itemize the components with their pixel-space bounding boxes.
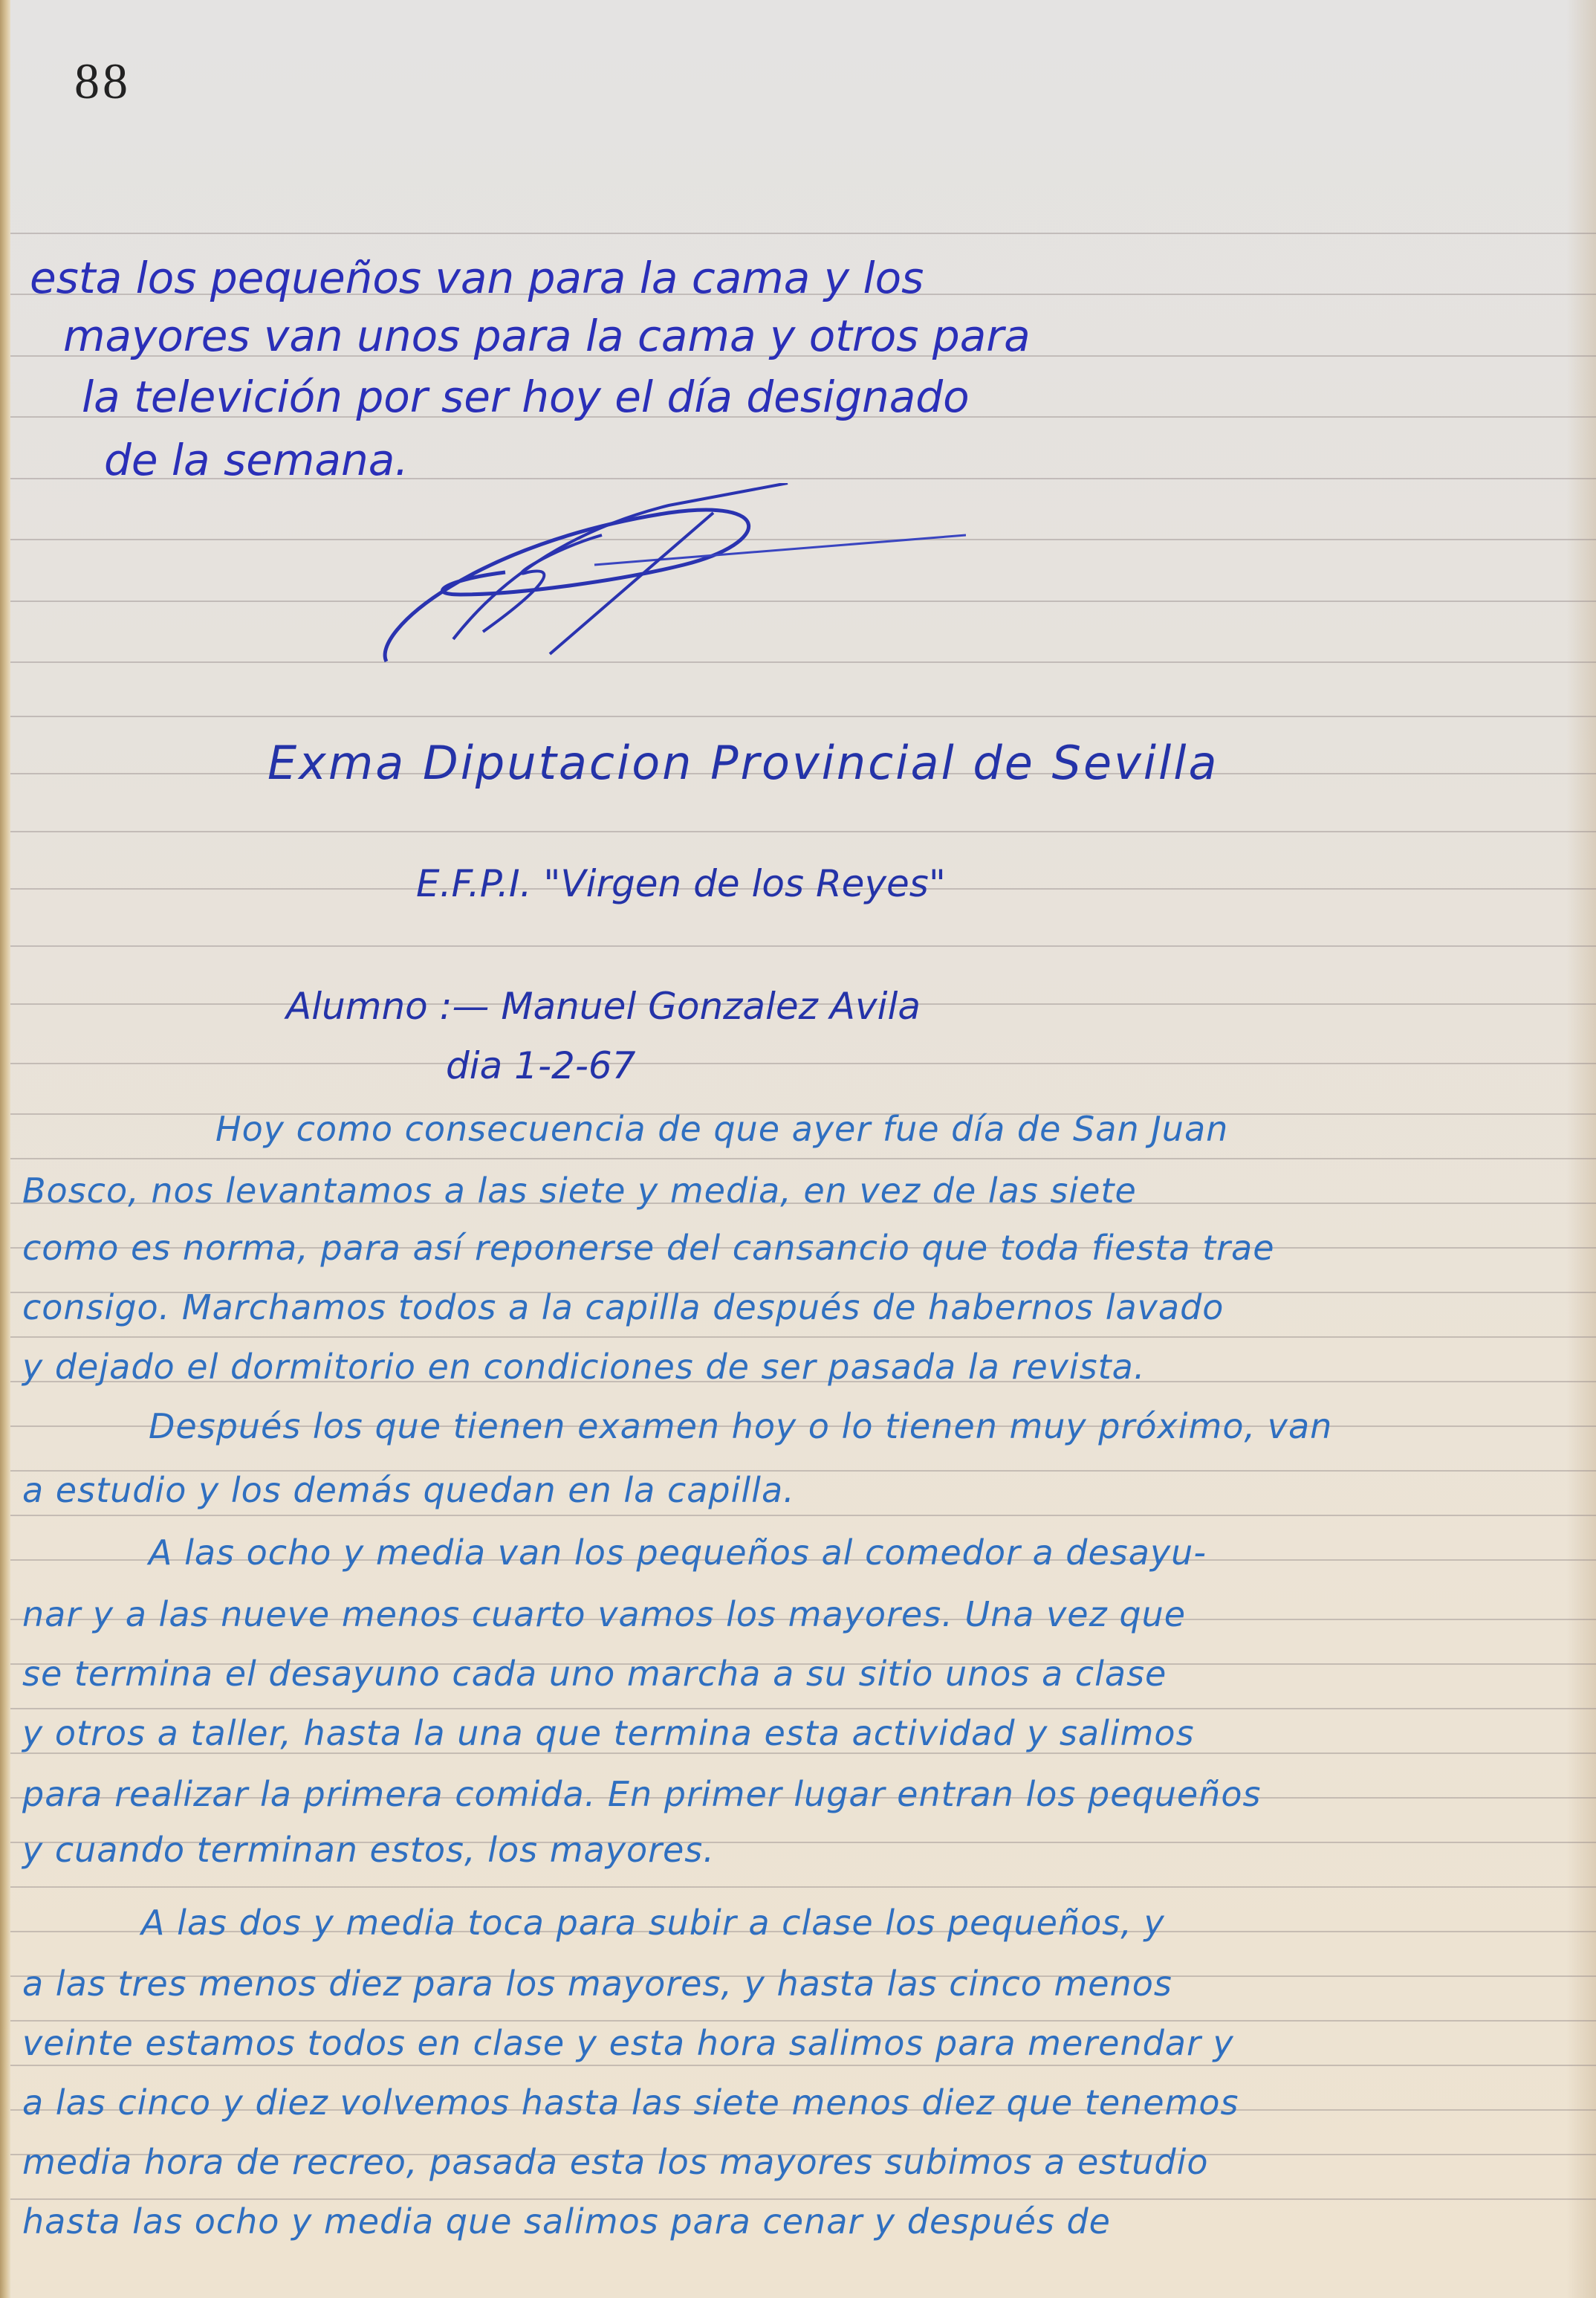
diary-line: a las tres menos diez para los mayores, … xyxy=(22,1964,1172,2004)
previous-entry-line: la televición por ser hoy el día designa… xyxy=(82,372,970,422)
ruled-line xyxy=(10,1063,1596,1064)
diary-line: hasta las ocho y media que salimos para … xyxy=(22,2201,1111,2242)
student-name: Alumno :— Manuel Gonzalez Avila xyxy=(286,985,921,1028)
ruled-line xyxy=(10,2198,1596,2200)
diary-line: A las ocho y media van los pequeños al c… xyxy=(149,1532,1207,1573)
diary-line: Hoy como consecuencia de que ayer fue dí… xyxy=(215,1109,1228,1149)
notebook-page: 88 esta los pequeños van para la cama y … xyxy=(0,0,1596,2298)
ruled-line xyxy=(10,1708,1596,1709)
diary-line: y otros a taller, hasta la una que termi… xyxy=(22,1713,1195,1753)
diary-line: Después los que tienen examen hoy o lo t… xyxy=(149,1406,1332,1446)
diary-line: veinte estamos todos en clase y esta hor… xyxy=(22,2023,1234,2063)
ruled-line xyxy=(10,1336,1596,1338)
ruled-line xyxy=(10,945,1596,947)
binding-edge xyxy=(0,0,10,2298)
previous-entry-line: mayores van unos para la cama y otros pa… xyxy=(63,311,1031,361)
ruled-line xyxy=(10,1515,1596,1516)
diary-line: como es norma, para así reponerse del ca… xyxy=(22,1228,1275,1268)
diary-line: consigo. Marchamos todos a la capilla de… xyxy=(22,1287,1224,1327)
diary-line: y dejado el dormitorio en condiciones de… xyxy=(22,1347,1145,1387)
diary-line: A las dos y media toca para subir a clas… xyxy=(141,1903,1165,1943)
page-number: 88 xyxy=(74,52,131,111)
ruled-line xyxy=(10,1886,1596,1888)
previous-entry-line: de la semana. xyxy=(104,435,409,485)
ruled-line xyxy=(10,831,1596,832)
ruled-line xyxy=(10,716,1596,717)
ruled-line xyxy=(10,2020,1596,2022)
ruled-line xyxy=(10,2065,1596,2066)
diary-line: y cuando terminan estos, los mayores. xyxy=(22,1830,715,1870)
signature-icon xyxy=(357,483,966,676)
institution-heading: Exma Diputacion Provincial de Sevilla xyxy=(267,736,1219,790)
diary-line: a estudio y los demás quedan en la capil… xyxy=(22,1470,795,1510)
ruled-line xyxy=(10,1158,1596,1159)
entry-date: dia 1-2-67 xyxy=(446,1044,636,1087)
previous-entry-line: esta los pequeños van para la cama y los xyxy=(30,253,924,303)
page-edge-shadow xyxy=(1566,0,1596,2298)
diary-line: se termina el desayuno cada uno marcha a… xyxy=(22,1654,1167,1694)
diary-line: Bosco, nos levantamos a las siete y medi… xyxy=(22,1171,1137,1211)
diary-line: para realizar la primera comida. En prim… xyxy=(22,1774,1261,1814)
school-heading: E.F.P.I. "Virgen de los Reyes" xyxy=(416,862,946,905)
ruled-line xyxy=(10,233,1596,234)
diary-line: nar y a las nueve menos cuarto vamos los… xyxy=(22,1594,1186,1634)
diary-line: a las cinco y diez volvemos hasta las si… xyxy=(22,2082,1239,2123)
diary-line: media hora de recreo, pasada esta los ma… xyxy=(22,2142,1209,2182)
